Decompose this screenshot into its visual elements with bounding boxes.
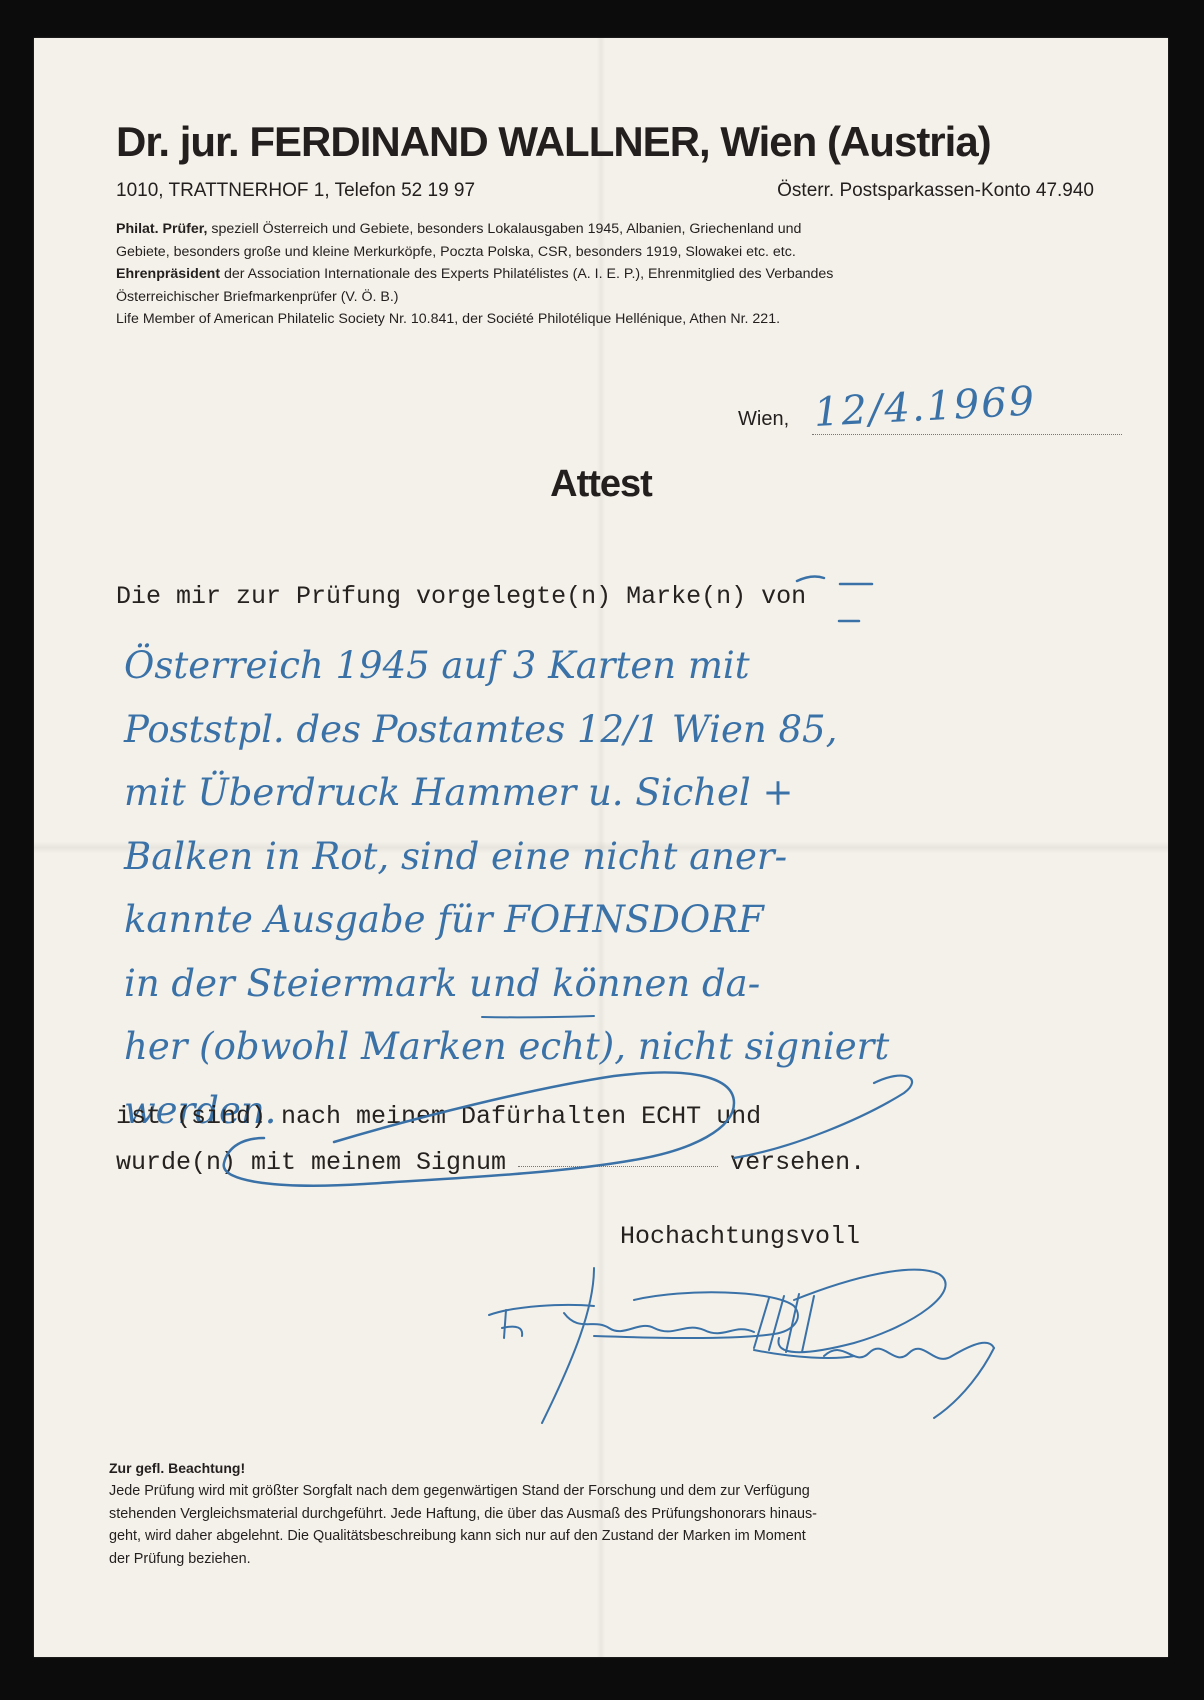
signum-dotted-line <box>518 1166 718 1167</box>
credential-line: Ehrenpräsident der Association Internati… <box>116 263 1094 286</box>
footnote-line: Jede Prüfung wird mit größter Sorgfalt n… <box>109 1480 1081 1503</box>
credential-line: Österreichischer Briefmarkenprüfer (V. Ö… <box>116 286 1094 309</box>
handwritten-date: 12/4.1969 <box>813 378 1037 436</box>
credential-line: Gebiete, besonders große und kleine Merk… <box>116 241 1094 264</box>
underline-mark-icon <box>797 577 824 581</box>
handwritten-line: Österreich 1945 auf 3 Karten mit <box>124 634 889 698</box>
letterhead-address: 1010, TRATTNERHOF 1, Telefon 52 19 97 <box>116 180 475 202</box>
typed-signum-line: wurde(n) mit meinem Signumversehen. <box>116 1148 865 1177</box>
footnote-title: Zur gefl. Beachtung! <box>109 1460 245 1476</box>
credential-line: Life Member of American Philatelic Socie… <box>116 308 1094 331</box>
closing-salutation: Hochachtungsvoll <box>620 1222 860 1251</box>
handwritten-line: mit Überdruck Hammer u. Sichel + <box>124 761 889 825</box>
handwritten-line: her (obwohl Marken echt), nicht signiert <box>124 1015 889 1079</box>
handwritten-line: in der Steiermark und können da- <box>124 952 889 1016</box>
date-place-label: Wien, <box>738 408 789 431</box>
footnote-line: geht, wird daher abgelehnt. Die Qualität… <box>109 1525 1081 1548</box>
letterhead-credentials: Philat. Prüfer, speziell Österreich und … <box>116 218 1094 331</box>
certificate-document: Dr. jur. FERDINAND WALLNER, Wien (Austri… <box>34 38 1168 1657</box>
letterhead-account: Österr. Postsparkassen-Konto 47.940 <box>777 180 1094 202</box>
date-dotted-line <box>812 434 1122 435</box>
footnote-line: der Prüfung beziehen. <box>109 1548 1081 1571</box>
letterhead-title: Dr. jur. FERDINAND WALLNER, Wien (Austri… <box>116 118 991 166</box>
document-heading: Attest <box>34 463 1168 506</box>
versehen-text: versehen. <box>730 1148 865 1177</box>
handwritten-line: Balken in Rot, sind eine nicht aner- <box>124 825 889 889</box>
handwritten-description: Österreich 1945 auf 3 Karten mit Poststp… <box>124 634 889 1142</box>
signature-icon <box>489 1268 994 1423</box>
footnote-line: stehenden Vergleichsmaterial durchgeführ… <box>109 1503 1081 1526</box>
handwritten-line: kannte Ausgabe für FOHNSDORF <box>124 888 889 952</box>
handwritten-line: Poststpl. des Postamtes 12/1 Wien 85, <box>124 698 889 762</box>
signum-text: wurde(n) mit meinem Signum <box>116 1148 506 1177</box>
typed-echt-line: ist (sind) nach meinem Dafürhalten ECHT … <box>116 1102 761 1131</box>
credential-line: Philat. Prüfer, speziell Österreich und … <box>116 218 1094 241</box>
typed-intro-line: Die mir zur Prüfung vorgelegte(n) Marke(… <box>116 582 806 611</box>
footnote-text: Jede Prüfung wird mit größter Sorgfalt n… <box>109 1480 1081 1570</box>
